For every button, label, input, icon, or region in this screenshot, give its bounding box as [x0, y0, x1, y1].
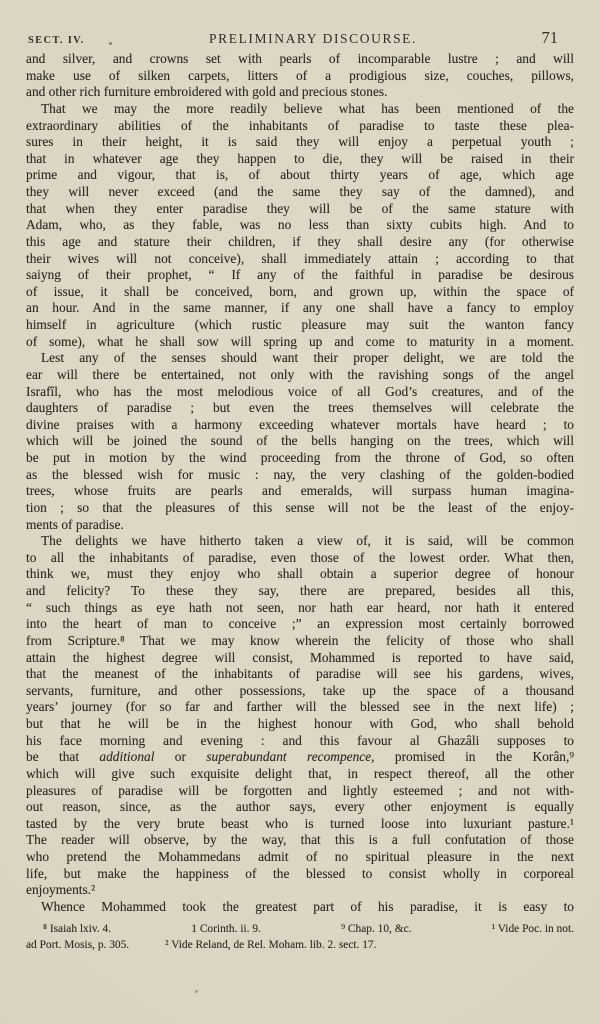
text-line: to all the inhabitants of paradise, even…: [26, 550, 574, 567]
text-line: that when they enter paradise they will …: [26, 201, 574, 218]
text-line: The delights we have hitherto taken a vi…: [26, 533, 574, 550]
text-line: out reason, since, as the author says, e…: [26, 799, 574, 816]
italic-text: additional: [99, 749, 154, 764]
text-line: That we may the more readily believe wha…: [26, 101, 574, 118]
text-line: servants, furniture, and other possessio…: [26, 683, 574, 700]
text-line: an hour. And in the same manner, if any …: [26, 300, 574, 317]
footnote-item: 1 Corinth. ii. 9.: [191, 921, 261, 937]
text-line: his face morning and evening : and this …: [26, 733, 574, 750]
text-line: who pretend the Mohammedans admit of no …: [26, 849, 574, 866]
text-line: divine praises with a harmony exceeding …: [26, 417, 574, 434]
scan-speck: [109, 42, 112, 45]
text-line: saiyng of their prophet, “ If any of the…: [26, 267, 574, 284]
text-line: Whence Mohammed took the greatest part o…: [26, 899, 574, 916]
text-line: that the meanest of the inhabitants of p…: [26, 666, 574, 683]
paragraph: Whence Mohammed took the greatest part o…: [26, 899, 574, 916]
text-line: life, but make the happiness of the bles…: [26, 866, 574, 883]
page-header: SECT. IV. PRELIMINARY DISCOURSE. 71: [28, 28, 558, 48]
footnote-item: ⁹ Chap. 10, &c.: [341, 921, 411, 937]
text-line: but that he will be in the highest honou…: [26, 716, 574, 733]
text-line: Adam, who, as they fable, was no less th…: [26, 217, 574, 234]
text-line: from Scripture.⁸ That we may know wherei…: [26, 633, 574, 650]
text-line: extraordinary abilities of the inhabitan…: [26, 118, 574, 135]
text-line: ments of paradise.: [26, 517, 574, 534]
text-line: make use of silken carpets, litters of a…: [26, 68, 574, 85]
paragraph: That we may the more readily believe wha…: [26, 101, 574, 350]
text-line: himself in agriculture (which rustic ple…: [26, 317, 574, 334]
body-text: and silver, and crowns set with pearls o…: [26, 51, 574, 916]
text-line: which will be joined the sound of the be…: [26, 433, 574, 450]
footnote-line-1: ⁸ Isaiah lxiv. 4.1 Corinth. ii. 9.⁹ Chap…: [26, 921, 574, 937]
text-line: “ such things as eye hath not seen, nor …: [26, 600, 574, 617]
text-line: their wives will not conceive), shall im…: [26, 251, 574, 268]
text-line: The reader will observe, by the way, tha…: [26, 832, 574, 849]
footnote-item: ⁸ Isaiah lxiv. 4.: [43, 921, 111, 937]
italic-text: superabundant recompence,: [206, 749, 374, 764]
text-line: and other rich furniture embroidered wit…: [26, 84, 574, 101]
text-line: daughters of paradise ; but even the tre…: [26, 400, 574, 417]
text-line: they will never exceed (and the same the…: [26, 184, 574, 201]
text-line: this age and stature their children, if …: [26, 234, 574, 251]
text-line: as the blessed wish for music : nay, the…: [26, 467, 574, 484]
paragraph: Lest any of the senses should want their…: [26, 350, 574, 533]
text-line: of issue, it shall be conceived, born, a…: [26, 284, 574, 301]
section-label: SECT. IV.: [28, 35, 85, 46]
text-line: Lest any of the senses should want their…: [26, 350, 574, 367]
text-line: attain the highest degree will consist, …: [26, 650, 574, 667]
text-line: enjoyments.²: [26, 882, 574, 899]
scan-speck: [195, 990, 198, 993]
text-line: and silver, and crowns set with pearls o…: [26, 51, 574, 68]
text-line: Israfîl, who has the most melodious voic…: [26, 384, 574, 401]
text-line: be that additional or superabundant reco…: [26, 749, 574, 766]
paragraph: The delights we have hitherto taken a vi…: [26, 533, 574, 899]
text-line: into the heart of man to conceive ;” an …: [26, 616, 574, 633]
text-line: pleasures of paradise will be forgotten …: [26, 783, 574, 800]
footnote-item: ad Port. Mosis, p. 305.: [26, 937, 129, 953]
footnote-item: ² Vide Reland, de Rel. Moham. lib. 2. se…: [165, 937, 376, 953]
footnote-line-2: ad Port. Mosis, p. 305.² Vide Reland, de…: [26, 937, 574, 953]
book-page: SECT. IV. PRELIMINARY DISCOURSE. 71 and …: [0, 0, 600, 1024]
text-line: years’ journey (for so far and farther w…: [26, 699, 574, 716]
text-line: be put in motion by the wind proceeding …: [26, 450, 574, 467]
scan-speck: [249, 63, 251, 65]
text-line: prime and vigour, that is, of about thir…: [26, 167, 574, 184]
text-line: think we, must they enjoy who shall obta…: [26, 566, 574, 583]
paragraph: and silver, and crowns set with pearls o…: [26, 51, 574, 101]
page-number: 71: [542, 28, 559, 48]
text-line: tion ; so that the pleasures of this sen…: [26, 500, 574, 517]
footnote-item: ¹ Vide Poc. in not.: [492, 921, 574, 937]
text-line: trees, whose fruits are pearls and emera…: [26, 483, 574, 500]
text-line: ear will there be entertained, not only …: [26, 367, 574, 384]
text-line: which will give such exquisite delight t…: [26, 766, 574, 783]
running-title: PRELIMINARY DISCOURSE.: [85, 31, 542, 47]
text-line: that in whatever age they happen to die,…: [26, 151, 574, 168]
text-line: sures in their height, it is said they w…: [26, 134, 574, 151]
text-line: tasted by the very brute beast who is tu…: [26, 816, 574, 833]
text-line: and felicity? To these they say, there a…: [26, 583, 574, 600]
text-line: of some), what he shall sow will spring …: [26, 334, 574, 351]
footnotes: ⁸ Isaiah lxiv. 4.1 Corinth. ii. 9.⁹ Chap…: [26, 921, 574, 953]
